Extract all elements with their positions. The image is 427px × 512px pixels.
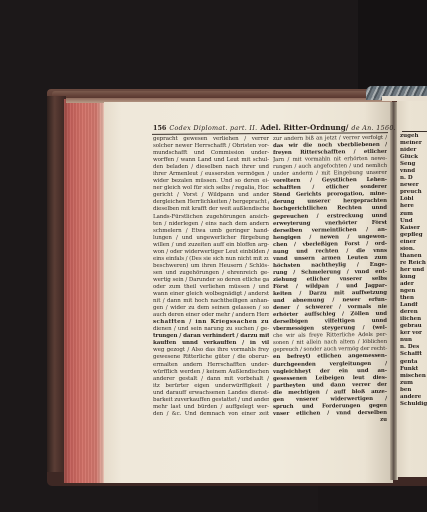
text-line: den / &c. Und demnach von einer zeit <box>153 411 269 418</box>
text-line: ker vor <box>400 330 427 337</box>
text-line: ner gleich wol für sich selbs / regalia,… <box>153 185 269 192</box>
text-line: here <box>400 203 427 210</box>
text-line: den beladen / dieselben nach ihrer und <box>153 164 269 171</box>
text-line: Schafft <box>400 351 427 358</box>
text-line: zugeh <box>400 133 427 140</box>
text-line: weg gezogt / Also das ihre vormahls frey <box>153 347 269 354</box>
text-line: mischen <box>400 373 427 380</box>
text-line: ilichen <box>400 316 427 323</box>
text-line: newer <box>400 182 427 189</box>
facing-page-top <box>382 96 427 101</box>
text-line: mundschafft und Commission under- <box>153 150 269 157</box>
text-line: barkeit zuverkauffen gestattet / und and… <box>153 397 269 404</box>
text-line: wann einer gleich wolbegnädigt / anderst <box>153 291 269 298</box>
text-line: deren <box>400 309 427 316</box>
text-line: eins einfals / (Des sie sich nun nicht m… <box>153 256 269 263</box>
red-page-edges <box>64 99 107 483</box>
text-line: n. Des <box>400 344 427 351</box>
background-bottom-panel <box>318 486 427 512</box>
text-line: meiner <box>400 140 427 147</box>
text-line: her und <box>400 267 427 274</box>
text-line: nider <box>400 147 427 154</box>
text-line: sen und zugehörungen / ehrenreich ge- <box>153 270 269 277</box>
text-line: re Reich <box>400 260 427 267</box>
right-text-column: zur andern biß an jetzt / verrer verfolg… <box>273 135 387 425</box>
text-line: wertig sein / Darunder so deren etliche … <box>153 277 269 284</box>
facing-page-text: zugehmeinerniderGlückSengvnndn. Dnewerpr… <box>400 133 427 408</box>
text-line: wider bezalen müssen. Und so deren ei- <box>153 178 269 185</box>
text-line: solcher newer Herrschafft / Obristen vor… <box>153 143 269 150</box>
text-line: Funkt <box>400 366 427 373</box>
text-line: kauffen unnd verkauffen / in vil <box>153 340 269 347</box>
page-number: 156 <box>153 123 166 133</box>
text-line: ader <box>400 281 427 288</box>
text-line: zu <box>273 417 387 425</box>
text-line: willen / und zuzeiten auff ein bloffen a… <box>153 242 269 249</box>
text-line: einer <box>400 239 427 246</box>
text-line: ben <box>400 387 427 394</box>
text-line: vnnd <box>400 168 427 175</box>
text-line: lungen / und ungewerlicher fürgebung <box>153 235 269 242</box>
text-line: ermalten andern Herrschafften under- <box>153 362 269 369</box>
text-line: won / oder widerwertiger Leut einbilden … <box>153 249 269 256</box>
text-line: ngen <box>400 288 427 295</box>
text-line: Landf <box>400 302 427 309</box>
text-line: ten / niderlegen / eins nach dem andern <box>153 221 269 228</box>
text-line: nun <box>400 337 427 344</box>
running-head-section: Adel. Ritter-Ordnung/ <box>260 123 348 133</box>
text-line: dienen / und sein narung zu suchen / ge- <box>153 326 269 333</box>
text-line: gebrau <box>400 323 427 330</box>
text-line: sion. <box>400 246 427 253</box>
text-line: gen / wider zu dem seinen gelassen / so <box>153 305 269 312</box>
text-line: Löbl <box>400 196 427 203</box>
text-line: dergleichen Herrlichkeiten / hergepracht… <box>153 199 269 206</box>
text-line: gepfleg <box>400 232 427 239</box>
running-head-work: Codex Diplomat. part. II. <box>169 123 257 133</box>
text-line: itz berürter eigen underwürffigkeit / <box>153 383 269 390</box>
text-line: schmelern / Etwa umb geringer hand- <box>153 228 269 235</box>
text-line: zum <box>400 211 427 218</box>
text-line: Seng <box>400 161 427 168</box>
text-line: then <box>400 295 427 302</box>
background-right-panel <box>358 0 427 100</box>
text-line: schafften / inn Kriegssachen zu <box>153 319 269 326</box>
text-line: dieselben mit krafft der weit außlendisc… <box>153 206 269 213</box>
text-line: mehr last und bürden / auffgelegt wer- <box>153 404 269 411</box>
text-line: Lands-Fürstlichen zugehörungen ansich- <box>153 214 269 221</box>
left-text-column: gepracht gewesen verliehen / verrersolch… <box>153 136 269 418</box>
text-line: andere <box>400 394 427 401</box>
text-line: zum <box>400 380 427 387</box>
text-line: anderer gestalt / dann mit vorbehalt / <box>153 376 269 383</box>
text-line: Glück <box>400 154 427 161</box>
text-line: trungen / daran verhindert / darzu mit <box>153 333 269 340</box>
text-line: Schuldig <box>400 401 427 408</box>
text-line: preuch <box>400 189 427 196</box>
text-line: thanen <box>400 253 427 260</box>
text-line: gewesene Ritterliche güter / die oberur- <box>153 354 269 361</box>
text-line: Und <box>400 218 427 225</box>
text-line: würfflich werden / keinem Außlendischen <box>153 369 269 376</box>
text-line: vnser etlichen / vnnd derselben <box>273 410 387 418</box>
text-line: gericht / Vorst / Wildpann und ander <box>153 192 269 199</box>
text-line: nit / dann mit hoch nachtheiligen anhan- <box>153 298 269 305</box>
text-line: und darauff erwachsenen Landes dienst- <box>153 390 269 397</box>
facing-page-rule <box>402 131 427 132</box>
text-line: Kaiser <box>400 225 427 232</box>
text-line: worffen / wann Land und Leut mit schul- <box>153 157 269 164</box>
text-line: gepracht gewesen verliehen / verrer <box>153 136 269 143</box>
text-line: kung <box>400 274 427 281</box>
text-line: oder zum theil verliehen müssen / und <box>153 284 269 291</box>
text-line: ihrer Armenleut / eussersten vermögen / <box>153 171 269 178</box>
text-line: beschweren) um ihren Heusern / Schlös- <box>153 263 269 270</box>
text-line: genta <box>400 359 427 366</box>
text-line: auch deren einer oder mehr / andern Herr… <box>153 312 269 319</box>
text-line: n. D <box>400 175 427 182</box>
